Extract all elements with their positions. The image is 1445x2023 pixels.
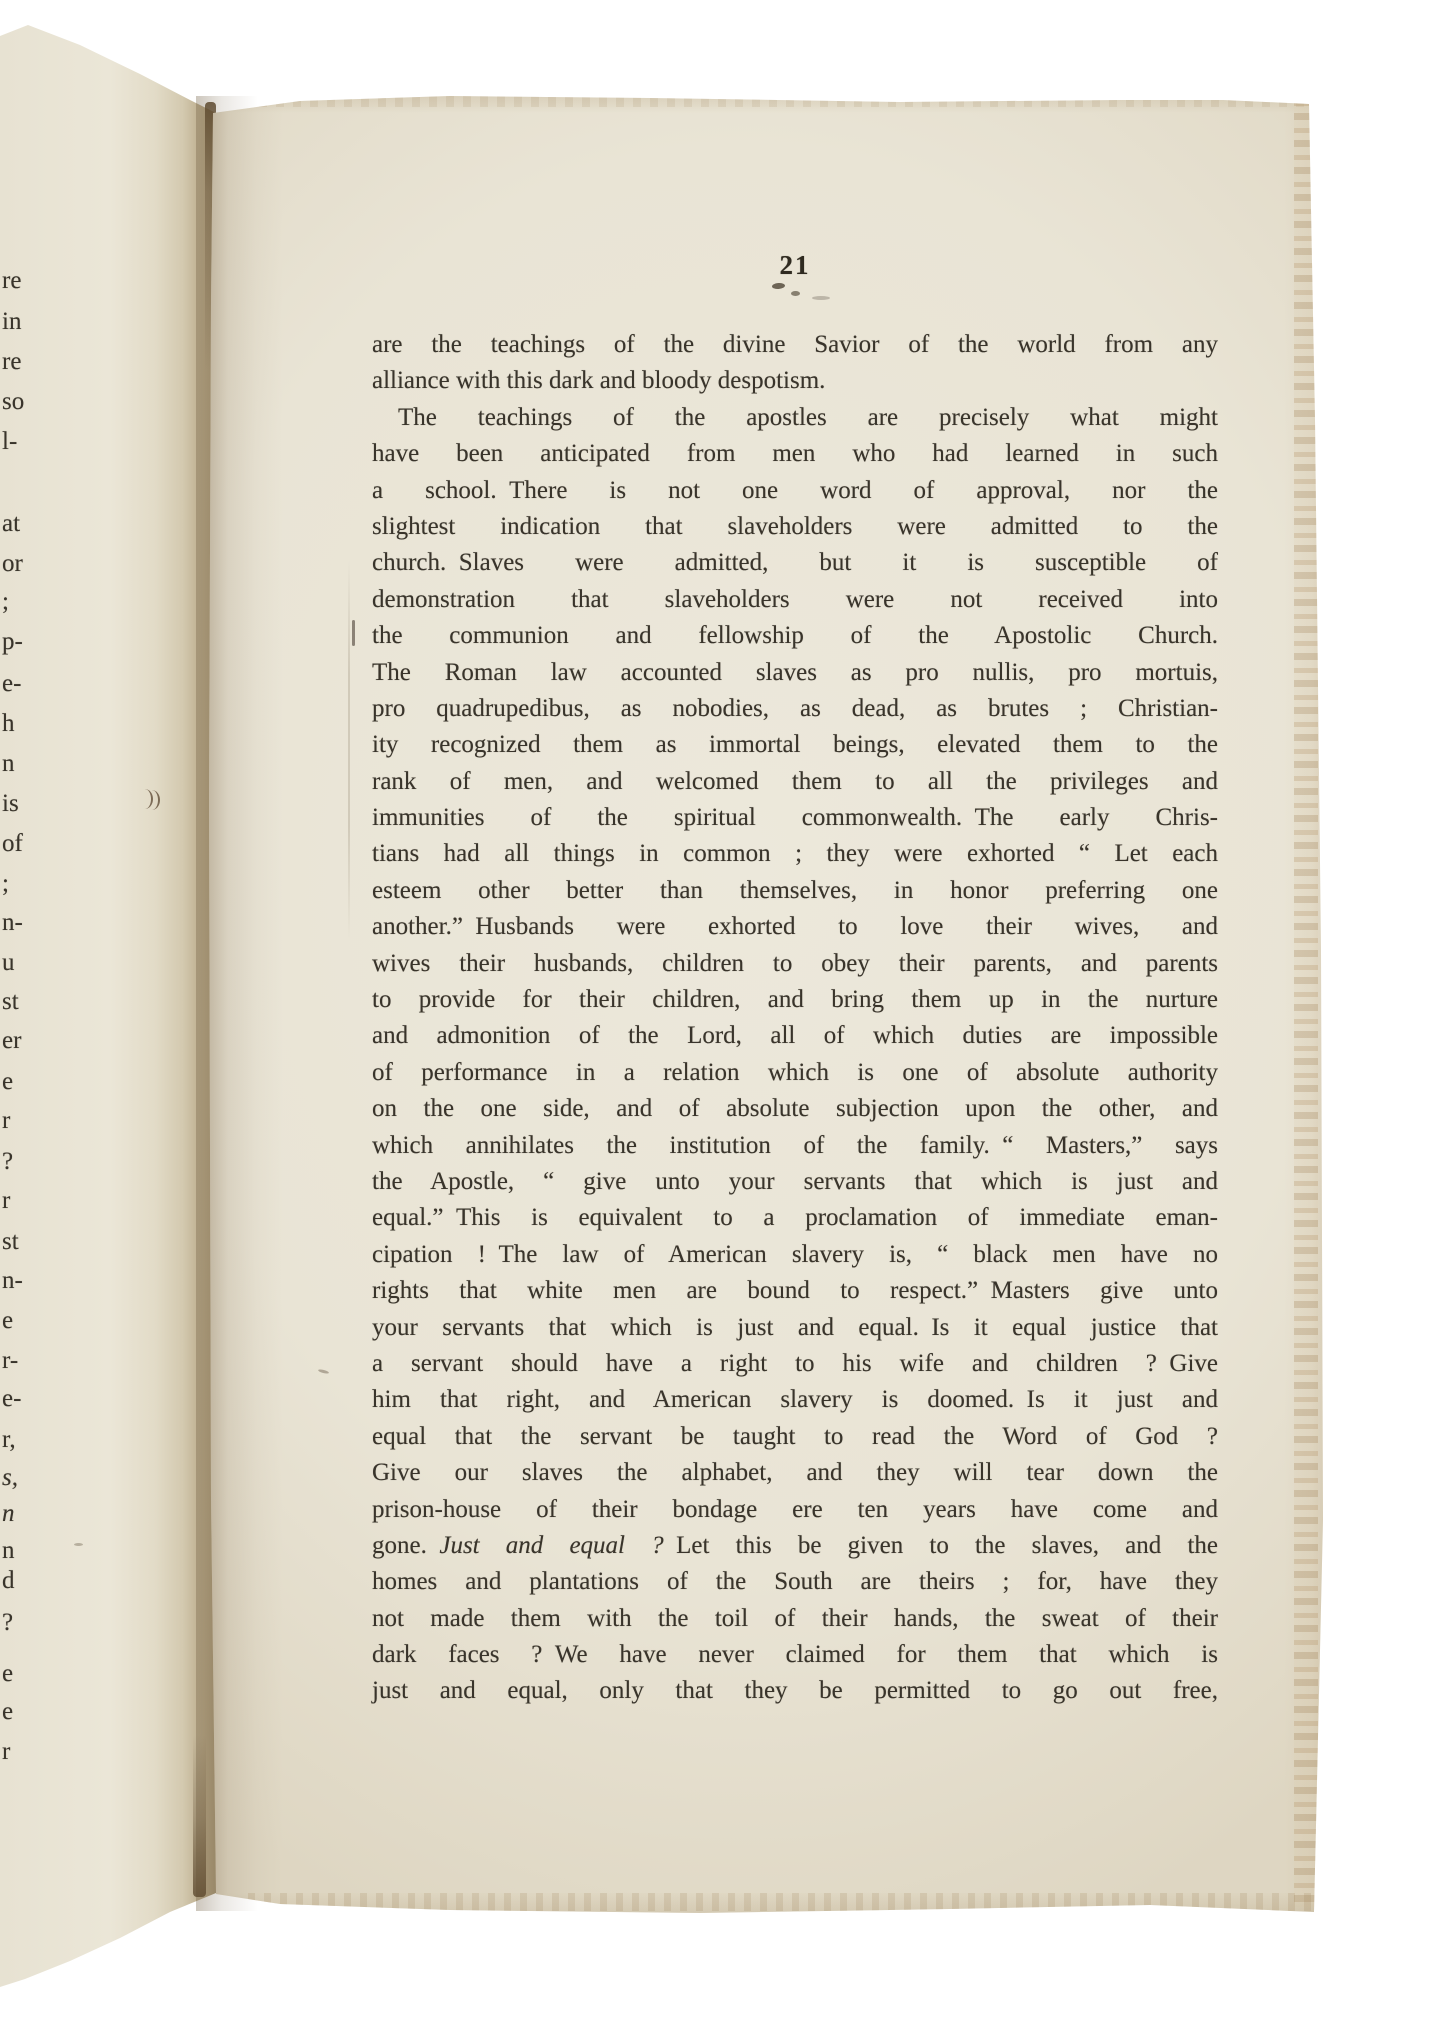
text-line: your servants that which is just and equ…	[372, 1310, 1218, 1346]
text-line: of performance in a relation which is on…	[372, 1055, 1218, 1091]
margin-mark	[352, 620, 355, 646]
text-line: demonstration that slaveholders were not…	[372, 582, 1218, 618]
left-edge-text-fragment: n-	[2, 905, 42, 941]
text-line: which annihilates the institution of the…	[372, 1128, 1218, 1164]
ink-smudge	[791, 291, 800, 296]
left-edge-text-fragment: re	[2, 263, 42, 299]
left-edge-text-fragment: e	[2, 1064, 42, 1100]
left-edge-text-fragment: n-	[2, 1263, 42, 1299]
text-line: have been anticipated from men who had l…	[372, 436, 1218, 472]
text-line: rights that white men are bound to respe…	[372, 1273, 1218, 1309]
left-edge-text-fragment: r	[2, 1103, 42, 1139]
text-line: tians had all things in common ; they we…	[372, 836, 1218, 872]
left-edge-text-fragment: d	[2, 1563, 42, 1599]
left-edge-text-fragment: r	[2, 1734, 42, 1770]
text-line: slightest indication that slaveholders w…	[372, 509, 1218, 545]
left-edge-text-fragment: re	[2, 344, 42, 380]
left-edge-text-fragment: e	[2, 1656, 42, 1692]
text-line: a school. There is not one word of appro…	[372, 473, 1218, 509]
text-line: rank of men, and welcomed them to all th…	[372, 764, 1218, 800]
left-edge-text-fragment: ?	[2, 1144, 42, 1180]
left-edge-text-fragment: e	[2, 1694, 42, 1730]
page-number: 21	[372, 250, 1218, 290]
text-line: the communion and fellowship of the Apos…	[372, 618, 1218, 654]
left-edge-text-fragment: so	[2, 384, 42, 420]
text-line: are the teachings of the divine Savior o…	[372, 327, 1218, 363]
left-edge-text-fragment: in	[2, 304, 42, 340]
left-edge-text-fragment: l-	[2, 424, 42, 460]
left-edge-text-fragment: r-	[2, 1343, 42, 1379]
text-line: him that right, and American slavery is …	[372, 1382, 1218, 1418]
left-edge-text-fragment: ?	[2, 1605, 42, 1641]
left-edge-text-fragment: r	[2, 1183, 42, 1219]
text-line: dark faces ? We have never claimed for t…	[372, 1637, 1218, 1673]
left-edge-text-fragment: or	[2, 546, 42, 582]
text-line: a servant should have a right to his wif…	[372, 1346, 1218, 1382]
left-edge-text-fragment: er	[2, 1023, 42, 1059]
text-line: another.” Husbands were exhorted to love…	[372, 909, 1218, 945]
left-edge-text-fragment: n	[2, 746, 42, 782]
left-edge-text-fragment: e-	[2, 1381, 42, 1417]
book-photo: reinresol-ator;p-e-hnisof;n-usterer?rstn…	[0, 0, 1445, 2023]
left-edge-text-fragment: ;	[2, 584, 42, 620]
text-line: to provide for their children, and bring…	[372, 982, 1218, 1018]
left-edge-text-fragment: ;	[2, 866, 42, 902]
text-line: and admonition of the Lord, all of which…	[372, 1018, 1218, 1054]
left-edge-text-fragment: is	[2, 786, 42, 822]
left-edge-text-fragment: u	[2, 945, 42, 981]
text-line: The teachings of the apostles are precis…	[372, 400, 1218, 436]
left-edge-text-fragment: e-	[2, 666, 42, 702]
text-line: on the one side, and of absolute subject…	[372, 1091, 1218, 1127]
text-line: equal that the servant be taught to read…	[372, 1419, 1218, 1455]
text-line: prison-house of their bondage ere ten ye…	[372, 1492, 1218, 1528]
text-line: just and equal, only that they be permit…	[372, 1673, 1218, 1709]
left-edge-text-fragment: s,	[2, 1460, 42, 1496]
text-line: equal.” This is equivalent to a proclama…	[372, 1200, 1218, 1236]
left-edge-text-fragment: r,	[2, 1422, 42, 1458]
left-edge-text-fragment: e	[2, 1303, 42, 1339]
text-line: cipation ! The law of American slavery i…	[372, 1237, 1218, 1273]
left-edge-text-fragment: p-	[2, 624, 42, 660]
text-line: homes and plantations of the South are t…	[372, 1564, 1218, 1600]
text-line: pro quadrupedibus, as nobodies, as dead,…	[372, 691, 1218, 727]
page-deckle-edge-right	[1294, 101, 1318, 1907]
paper-crease	[348, 560, 350, 940]
left-edge-text-fragment: of	[2, 826, 42, 862]
text-line: The Roman law accounted slaves as pro nu…	[372, 655, 1218, 691]
paper-speck	[74, 1543, 83, 1546]
text-line: church. Slaves were admitted, but it is …	[372, 545, 1218, 581]
left-edge-text-fragment: at	[2, 506, 42, 542]
left-edge-text-fragment: st	[2, 984, 42, 1020]
gutter-shadow-bottom	[193, 1735, 206, 1897]
page-deckle-edge-bottom	[248, 1893, 1318, 1911]
text-line: immunities of the spiritual commonwealth…	[372, 800, 1218, 836]
page-deckle-edge-top	[208, 95, 1318, 107]
text-line: not made them with the toil of their han…	[372, 1601, 1218, 1637]
text-line: alliance with this dark and bloody despo…	[372, 363, 1218, 399]
body-text: are the teachings of the divine Savior o…	[372, 327, 1218, 1710]
text-line: gone. Just and equal ? Let this be given…	[372, 1528, 1218, 1564]
ink-smudge	[812, 296, 830, 300]
text-line: the Apostle, “ give unto your servants t…	[372, 1164, 1218, 1200]
text-line: ity recognized them as immortal beings, …	[372, 727, 1218, 763]
text-line: esteem other better than themselves, in …	[372, 873, 1218, 909]
left-page-text-fragments: reinresol-ator;p-e-hnisof;n-usterer?rstn…	[0, 0, 60, 2023]
text-line: wives their husbands, children to obey t…	[372, 946, 1218, 982]
left-edge-text-fragment: h	[2, 706, 42, 742]
binding-stitch	[143, 789, 161, 811]
left-edge-text-fragment: n	[2, 1496, 42, 1532]
text-line: Give our slaves the alphabet, and they w…	[372, 1455, 1218, 1491]
left-edge-text-fragment: st	[2, 1224, 42, 1260]
